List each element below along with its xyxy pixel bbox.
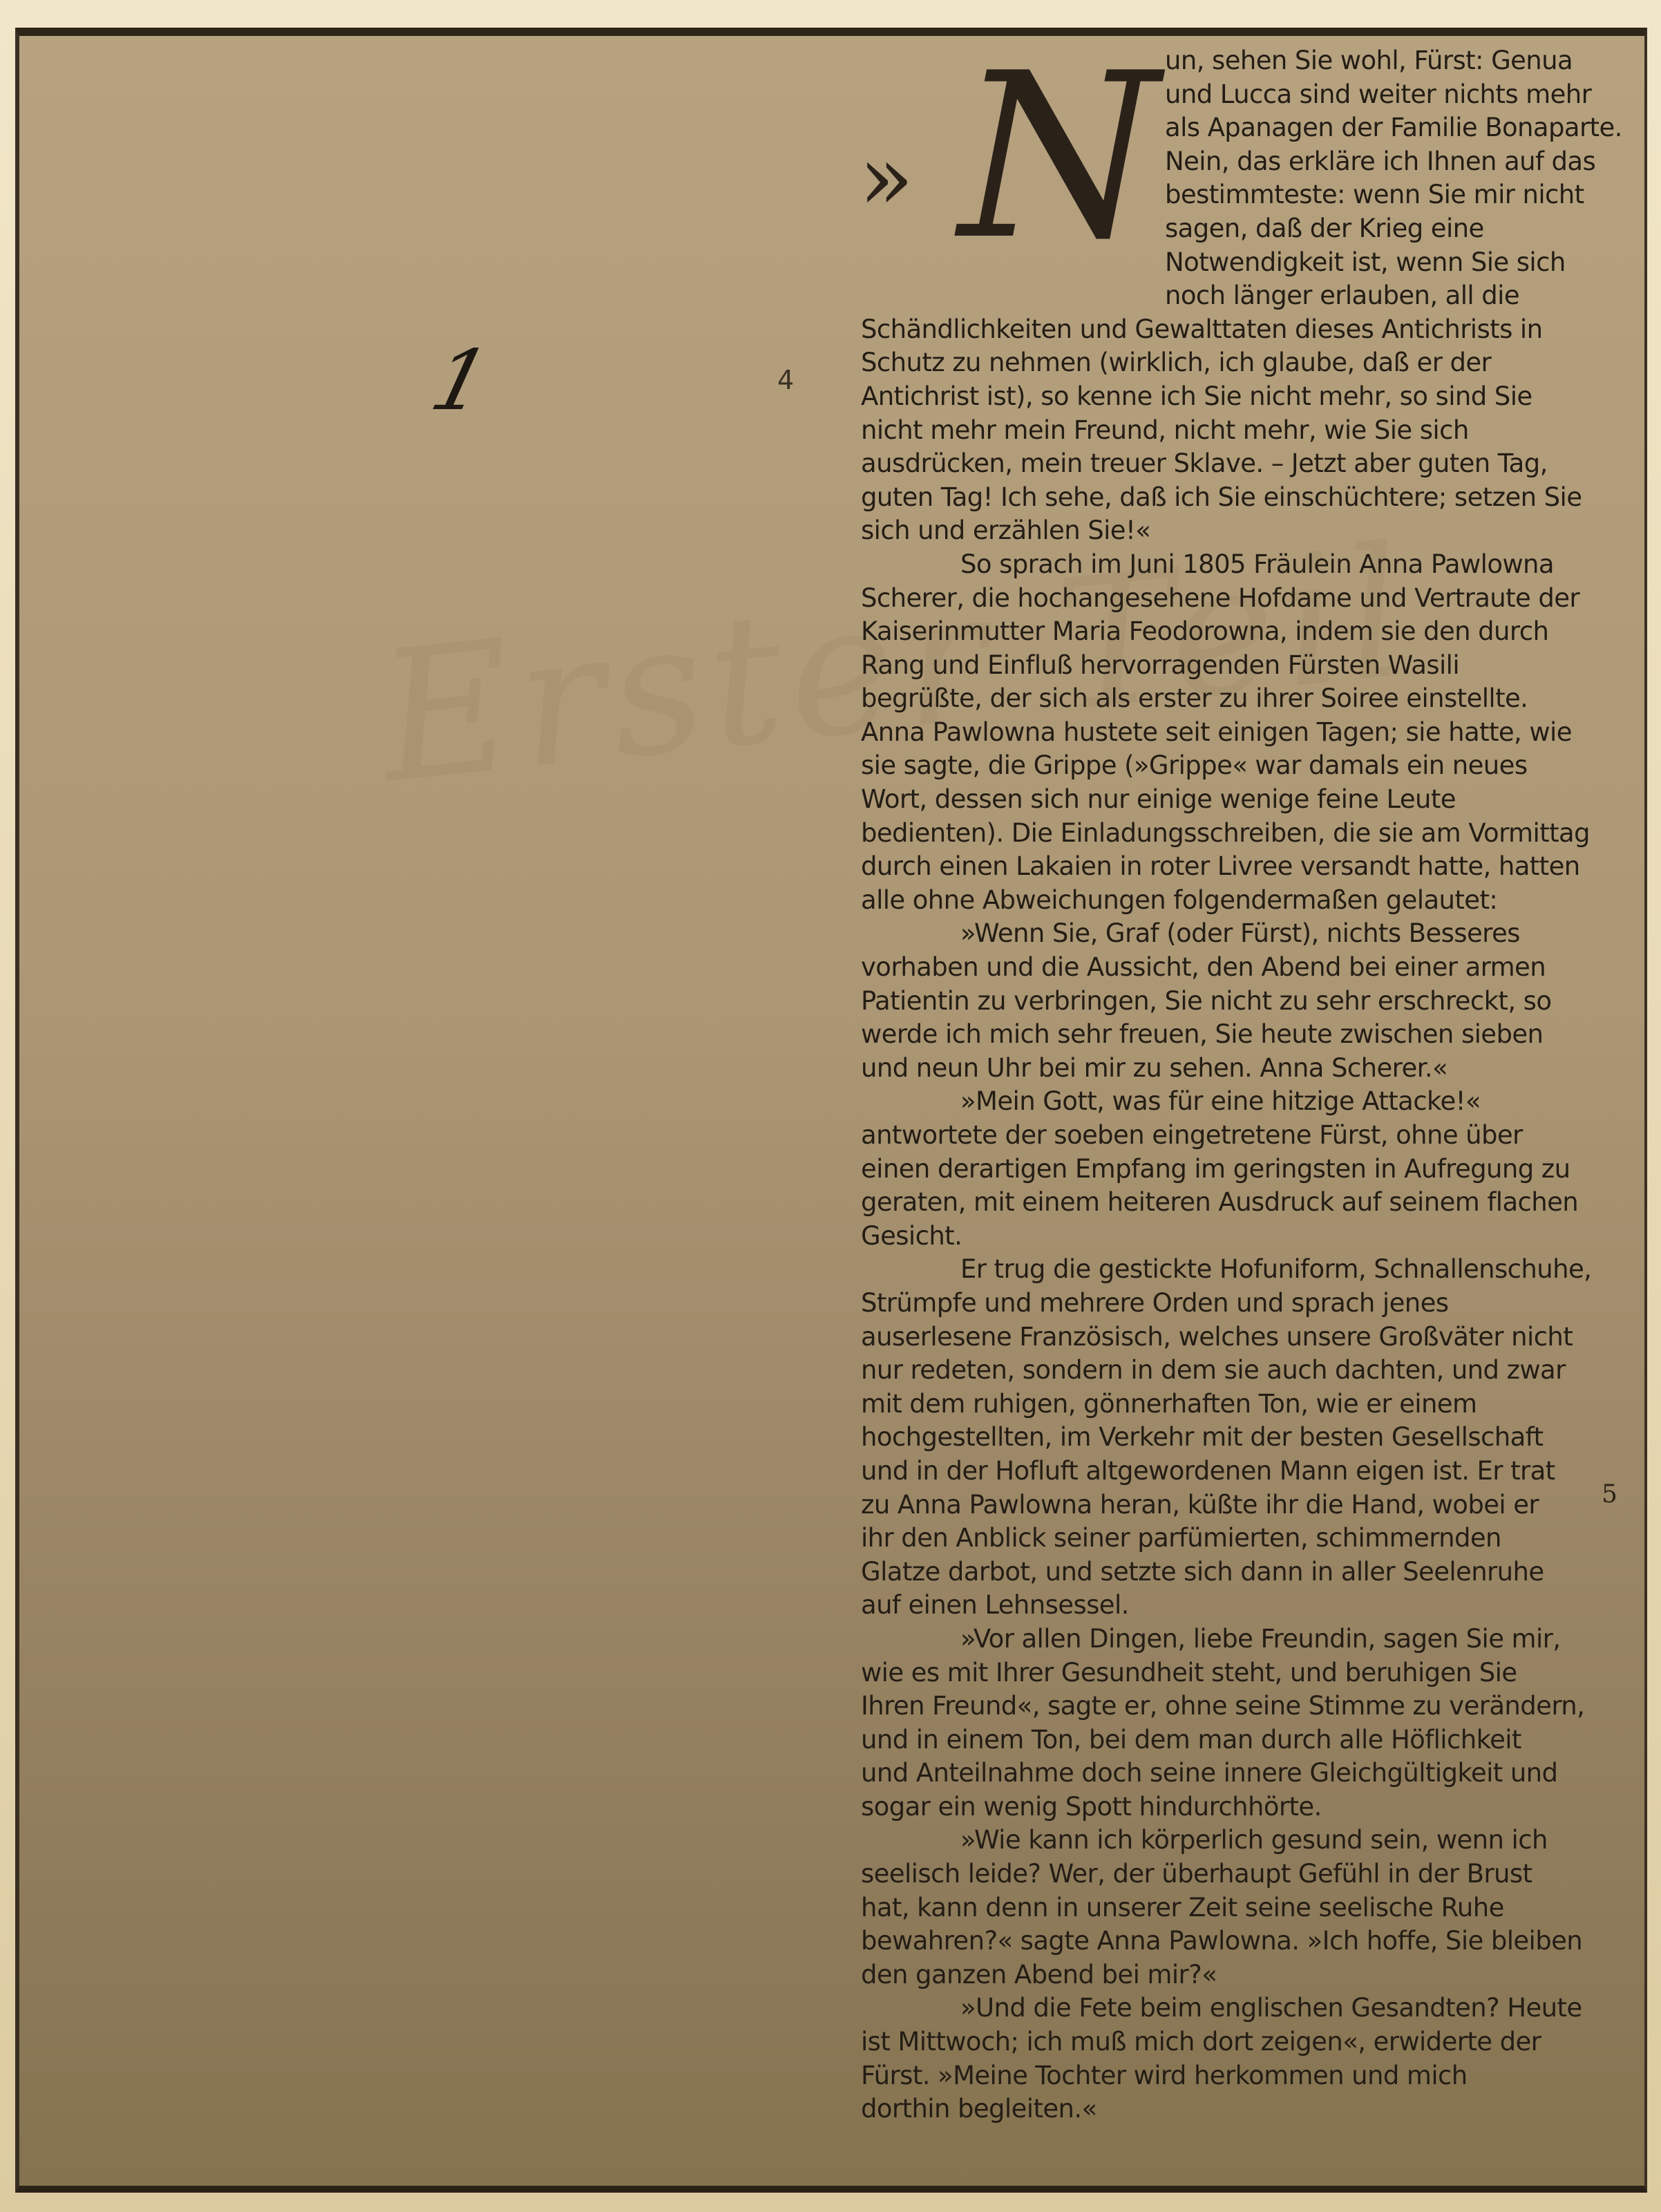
text-line: ausdrücken, mein treuer Sklave. – Jetzt … <box>861 447 1647 481</box>
text-line: un, sehen Sie wohl, Fürst: Genua <box>861 44 1647 78</box>
text-line: noch länger erlauben, all die <box>861 279 1647 313</box>
text-line: antwortete der soeben eingetretene Fürst… <box>861 1119 1647 1153</box>
text-line: und in der Hofluft altgewordenen Mann ei… <box>861 1455 1647 1488</box>
text-line: Notwendigkeit ist, wenn Sie sich <box>861 246 1647 280</box>
text-line: werde ich mich sehr freuen, Sie heute zw… <box>861 1018 1647 1052</box>
text-line: Er trug die gestickte Hofuniform, Schnal… <box>861 1253 1647 1287</box>
text-line: guten Tag! Ich sehe, daß ich Sie einschü… <box>861 481 1647 515</box>
text-line: So sprach im Juni 1805 Fräulein Anna Paw… <box>861 548 1647 582</box>
text-line: durch einen Lakaien in roter Livree vers… <box>861 850 1647 884</box>
text-line: »Wie kann ich körperlich gesund sein, we… <box>861 1824 1647 1857</box>
text-line: »Mein Gott, was für eine hitzige Attacke… <box>861 1085 1647 1119</box>
text-line: zu Anna Pawlowna heran, küßte ihr die Ha… <box>861 1488 1647 1522</box>
text-line: ihr den Anblick seiner parfümierten, sch… <box>861 1522 1647 1556</box>
text-line: Anna Pawlowna hustete seit einigen Tagen… <box>861 716 1647 750</box>
text-line: dorthin begleiten.« <box>861 2092 1647 2126</box>
ereader-bezel: Erster Teil 1 4 » N un, sehen Sie wohl, … <box>0 0 1661 2212</box>
text-line: als Apanagen der Familie Bonaparte. <box>861 111 1647 145</box>
text-line: »Wenn Sie, Graf (oder Fürst), nichts Bes… <box>861 917 1647 951</box>
page-number-right: 5 <box>1602 1480 1617 1509</box>
page-number-left: 4 <box>777 365 794 395</box>
text-line: Glatze darbot, und setzte sich dann in a… <box>861 1556 1647 1589</box>
text-line: ist Mittwoch; ich muß mich dort zeigen«,… <box>861 2025 1647 2059</box>
text-line: wie es mit Ihrer Gesundheit steht, und b… <box>861 1656 1647 1690</box>
text-line: Nein, das erkläre ich Ihnen auf das <box>861 145 1647 179</box>
text-line: Antichrist ist), so kenne ich Sie nicht … <box>861 380 1647 414</box>
text-line: und Anteilnahme doch seine innere Gleich… <box>861 1757 1647 1790</box>
text-line: Schändlichkeiten und Gewalttaten dieses … <box>861 313 1647 347</box>
text-line: alle ohne Abweichungen folgendermaßen ge… <box>861 884 1647 918</box>
text-line: und Lucca sind weiter nichts mehr <box>861 78 1647 112</box>
text-line: auserlesene Französisch, welches unsere … <box>861 1321 1647 1354</box>
text-line: Ihren Freund«, sagte er, ohne seine Stim… <box>861 1690 1647 1723</box>
text-line: einen derartigen Empfang im geringsten i… <box>861 1153 1647 1187</box>
text-line: seelisch leide? Wer, der überhaupt Gefüh… <box>861 1857 1647 1891</box>
text-line: Schutz zu nehmen (wirklich, ich glaube, … <box>861 346 1647 380</box>
text-line: und in einem Ton, bei dem man durch alle… <box>861 1723 1647 1757</box>
ereader-screen[interactable]: Erster Teil 1 4 » N un, sehen Sie wohl, … <box>15 28 1647 2193</box>
text-line: Gesicht. <box>861 1220 1647 1254</box>
text-line: »Vor allen Dingen, liebe Freundin, sagen… <box>861 1623 1647 1656</box>
text-line: und neun Uhr bei mir zu sehen. Anna Sche… <box>861 1052 1647 1086</box>
text-line: Patientin zu verbringen, Sie nicht zu se… <box>861 985 1647 1019</box>
text-line: bestimmteste: wenn Sie mir nicht <box>861 178 1647 212</box>
text-line: bedienten). Die Einladungsschreiben, die… <box>861 817 1647 851</box>
text-line: sich und erzählen Sie!« <box>861 514 1647 548</box>
text-line: sogar ein wenig Spott hindurchhörte. <box>861 1790 1647 1824</box>
text-line: Rang und Einfluß hervorragenden Fürsten … <box>861 649 1647 683</box>
text-line: Scherer, die hochangesehene Hofdame und … <box>861 582 1647 616</box>
text-line: sagen, daß der Krieg eine <box>861 212 1647 246</box>
text-line: »Und die Fete beim englischen Gesandten?… <box>861 1992 1647 2025</box>
book-text-column: un, sehen Sie wohl, Fürst: Genuaund Lucc… <box>861 44 1647 2126</box>
text-line: bewahren?« sagte Anna Pawlowna. »Ich hof… <box>861 1925 1647 1958</box>
text-line: mit dem ruhigen, gönnerhaften Ton, wie e… <box>861 1388 1647 1421</box>
text-line: Wort, dessen sich nur einige wenige fein… <box>861 783 1647 817</box>
text-line: nicht mehr mein Freund, nicht mehr, wie … <box>861 414 1647 448</box>
text-line: sie sagte, die Grippe (»Grippe« war dama… <box>861 749 1647 783</box>
text-line: den ganzen Abend bei mir?« <box>861 1958 1647 1992</box>
text-line: vorhaben und die Aussicht, den Abend bei… <box>861 951 1647 985</box>
text-line: geraten, mit einem heiteren Ausdruck auf… <box>861 1186 1647 1220</box>
text-line: Fürst. »Meine Tochter wird herkommen und… <box>861 2059 1647 2093</box>
text-line: auf einen Lehnsessel. <box>861 1589 1647 1623</box>
text-line: hat, kann denn in unserer Zeit seine see… <box>861 1891 1647 1925</box>
text-line: nur redeten, sondern in dem sie auch dac… <box>861 1354 1647 1388</box>
text-line: hochgestellten, im Verkehr mit der beste… <box>861 1421 1647 1455</box>
text-line: begrüßte, der sich als erster zu ihrer S… <box>861 682 1647 716</box>
text-line: Kaiserinmutter Maria Feodorowna, indem s… <box>861 615 1647 649</box>
chapter-number: 1 <box>424 340 497 423</box>
text-line: Strümpfe und mehrere Orden und sprach je… <box>861 1287 1647 1321</box>
